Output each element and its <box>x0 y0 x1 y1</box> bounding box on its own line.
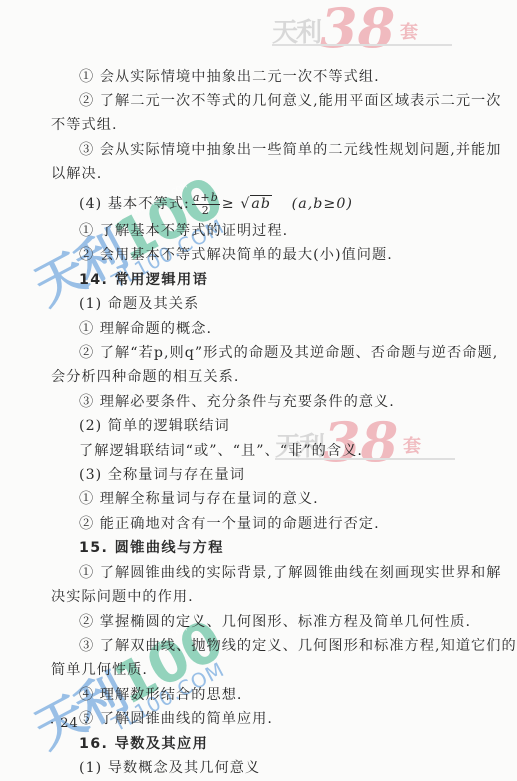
text-line: ② 会用基本不等式解决简单的最大(小)值问题. <box>79 246 393 264</box>
subsection-heading: (1) 命题及其关系 <box>79 295 199 313</box>
formula-condition: (a,b≥0) <box>292 196 353 212</box>
text-line: ① 会从实际情境中抽象出二元一次不等式组. <box>79 68 380 86</box>
text-line: ① 了解圆锥曲线的实际背景,了解圆锥曲线在刻画现实世界和解 <box>79 564 502 582</box>
text-line: ① 理解命题的概念. <box>79 320 212 338</box>
fraction-denominator: 2 <box>192 205 220 217</box>
text-line: 以解决. <box>51 165 102 183</box>
text-line: ④ 理解数形结合的思想. <box>79 686 243 704</box>
formula-line-basic-inequality: (4) 基本不等式:a+b2≥ √ab (a,b≥0) <box>79 190 353 218</box>
watermark-suffix: 套 <box>400 18 418 44</box>
geq-symbol: ≥ <box>222 196 235 212</box>
text-line: ③ 理解必要条件、充分条件与充要条件的意义. <box>79 393 395 411</box>
watermark-underline <box>272 44 452 46</box>
page-number: · 24 · <box>50 716 89 731</box>
text-line: ③ 了解双曲线、抛物线的定义、几何图形和标准方程,知道它们的 <box>79 637 517 655</box>
text-line: ① 了解基本不等式的证明过程. <box>79 222 288 240</box>
square-root: √ab <box>240 195 272 212</box>
subsection-heading: (1) 导数概念及其几何意义 <box>79 759 260 777</box>
section-heading-14: 14. 常用逻辑用语 <box>79 271 208 289</box>
subsection-heading: (2) 简单的逻辑联结词 <box>79 417 230 435</box>
watermark-38-top: 天利 38 套 <box>272 4 452 54</box>
subsection-heading: (3) 全称量词与存在量词 <box>79 466 245 484</box>
text-line: ② 掌握椭圆的定义、几何图形、标准方程及简单几何性质. <box>79 613 471 631</box>
section-heading-15: 15. 圆锥曲线与方程 <box>79 539 224 557</box>
text-line: 简单几何性质. <box>51 661 148 679</box>
text-line: ② 了解二元一次不等式的几何意义,能用平面区域表示二元一次 <box>79 92 502 110</box>
fraction-numerator: a+b <box>192 192 220 205</box>
text-line: ② 能正确地对含有一个量词的命题进行否定. <box>79 515 380 533</box>
text-line: ⑤ 了解圆锥曲线的简单应用. <box>79 710 273 728</box>
text-line: 不等式组. <box>51 116 118 134</box>
document-page: 天利 38 套 天利 38 套 天利100 WWW.TL100.COM TL10… <box>0 0 517 781</box>
watermark-number: 38 <box>320 0 395 60</box>
formula-prefix: (4) 基本不等式: <box>79 196 190 212</box>
text-line: 决实际问题中的作用. <box>51 588 194 606</box>
text-line: 会分析四种命题的相互关系. <box>51 368 239 386</box>
watermark-suffix: 套 <box>403 432 421 458</box>
fraction: a+b2 <box>192 192 220 217</box>
section-heading-16: 16. 导数及其应用 <box>79 735 208 753</box>
sqrt-symbol: √ <box>240 196 250 212</box>
text-line: 了解逻辑联结词“或”、“且”、“非”的含义. <box>79 442 363 460</box>
sqrt-radicand: ab <box>250 195 272 212</box>
text-line: ③ 会从实际情境中抽象出一些简单的二元线性规划问题,并能加 <box>79 141 502 159</box>
text-line: ① 理解全称量词与存在量词的意义. <box>79 490 319 508</box>
text-line: ② 了解“若p,则q”形式的命题及其逆命题、否命题与逆否命题, <box>79 344 498 362</box>
